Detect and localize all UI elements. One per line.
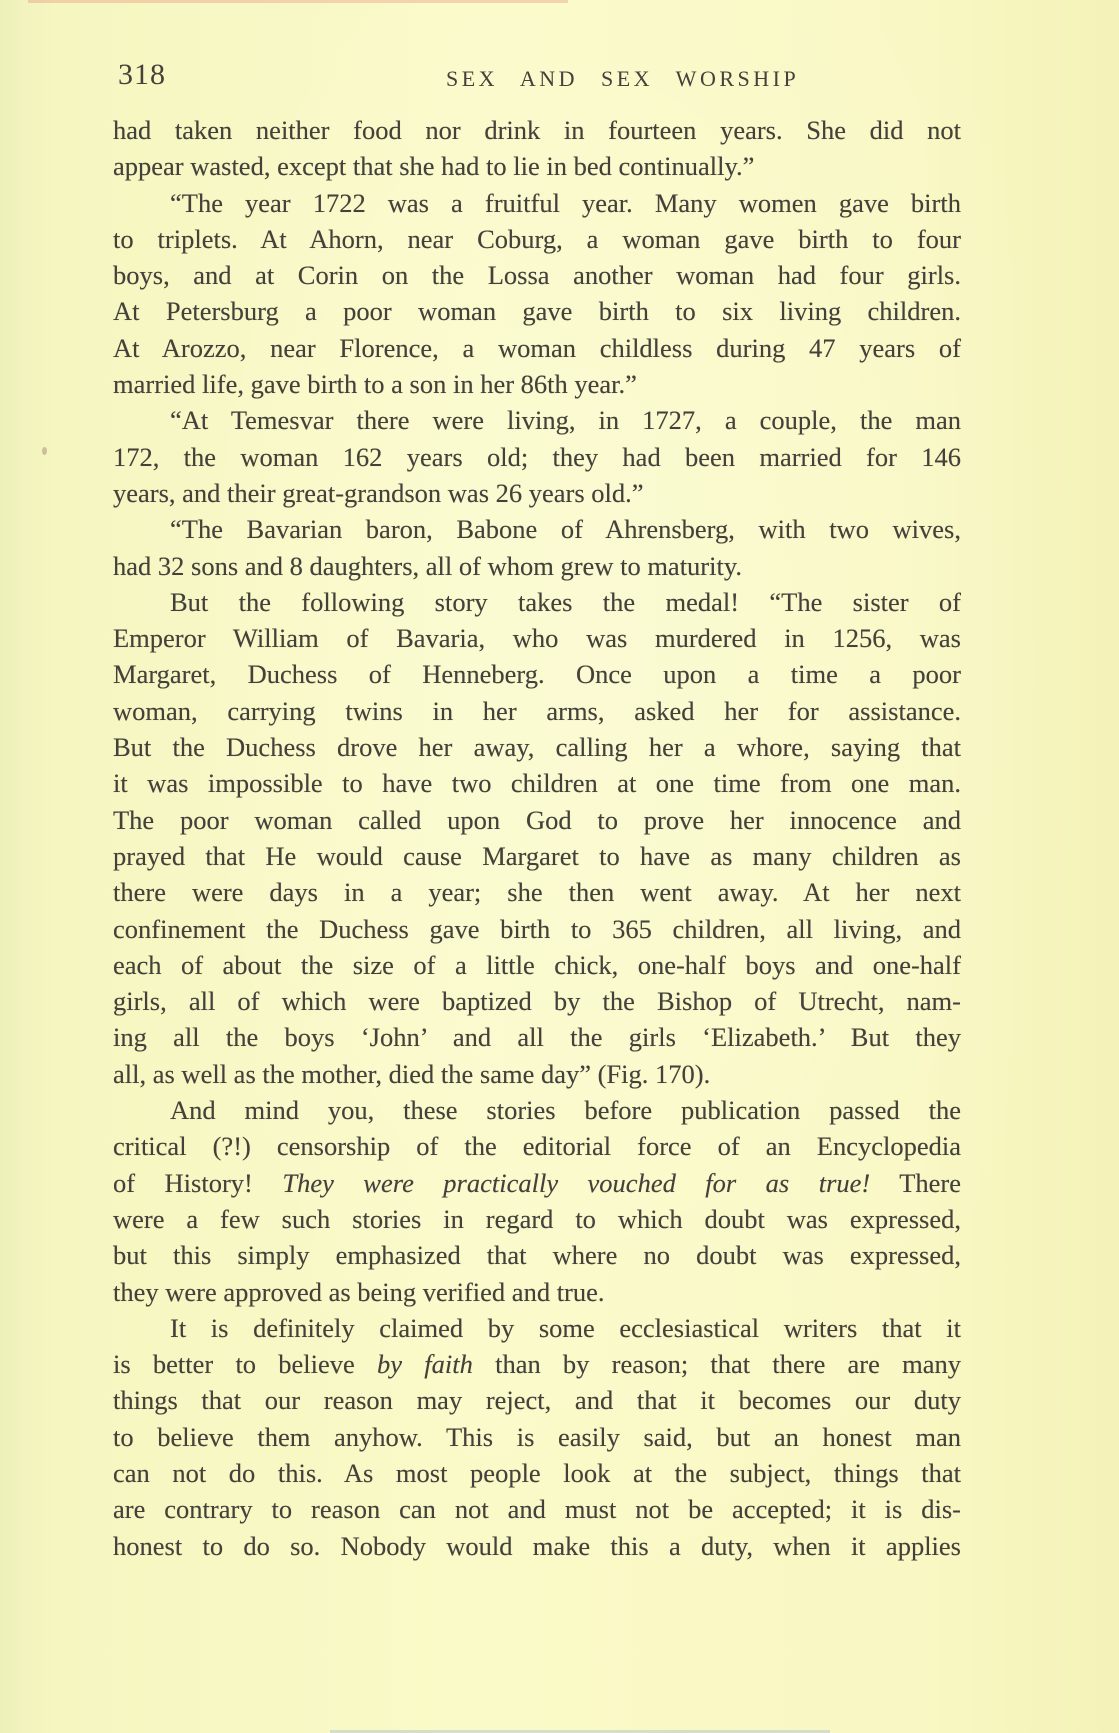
text-segment: can not do this. As most people look at …: [113, 1458, 961, 1488]
text-line: At Petersburg a poor woman gave birth to…: [113, 293, 961, 329]
text-segment: But the following story takes the medal!…: [170, 587, 961, 617]
text-segment: are contrary to reason can not and must …: [113, 1494, 961, 1524]
text-line: married life, gave birth to a son in her…: [113, 366, 961, 402]
text-line: it was impossible to have two children a…: [113, 765, 961, 801]
text-line: is better to believe by faith than by re…: [113, 1346, 961, 1382]
text-segment: girls, all of which were baptized by the…: [113, 986, 961, 1016]
text-line: there were days in a year; she then went…: [113, 874, 961, 910]
text-segment: 172, the woman 162 years old; they had b…: [113, 442, 961, 472]
text-segment: confinement the Duchess gave birth to 36…: [113, 914, 961, 944]
text-line: prayed that He would cause Margaret to h…: [113, 838, 961, 874]
text-line: to triplets. At Ahorn, near Coburg, a wo…: [113, 221, 961, 257]
text-line: And mind you, these stories before publi…: [113, 1092, 961, 1128]
paragraph: “At Temesvar there were living, in 1727,…: [113, 402, 961, 511]
text-segment: is better to believe: [113, 1349, 377, 1379]
text-segment: Emperor William of Bavaria, who was murd…: [113, 623, 961, 653]
text-segment: to believe them anyhow. This is easily s…: [113, 1422, 961, 1452]
text-line: But the Duchess drove her away, calling …: [113, 729, 961, 765]
paragraph: But the following story takes the medal!…: [113, 584, 961, 1092]
text-segment: it was impossible to have two children a…: [113, 768, 961, 798]
text-segment: “At Temesvar there were living, in 1727,…: [170, 405, 961, 435]
text-segment: than by reason; that there are many: [473, 1349, 961, 1379]
text-segment: each of about the size of a little chick…: [113, 950, 961, 980]
text-line: Emperor William of Bavaria, who was murd…: [113, 620, 961, 656]
text-line: all, as well as the mother, died the sam…: [113, 1056, 961, 1092]
text-line: to believe them anyhow. This is easily s…: [113, 1419, 961, 1455]
text-line: each of about the size of a little chick…: [113, 947, 961, 983]
text-segment: woman, carrying twins in her arms, asked…: [113, 696, 961, 726]
paragraph: It is definitely claimed by some ecclesi…: [113, 1310, 961, 1564]
text-line: girls, all of which were baptized by the…: [113, 983, 961, 1019]
text-segment: But the Duchess drove her away, calling …: [113, 732, 961, 762]
paragraph: had taken neither food nor drink in four…: [113, 112, 961, 185]
text-line: “The year 1722 was a fruitful year. Many…: [113, 185, 961, 221]
scan-artifact-top-edge: [28, 0, 568, 3]
text-segment: And mind you, these stories before publi…: [170, 1095, 961, 1125]
text-segment: appear wasted, except that she had to li…: [113, 151, 754, 181]
text-line: things that our reason may reject, and t…: [113, 1382, 961, 1418]
text-segment: to triplets. At Ahorn, near Coburg, a wo…: [113, 224, 961, 254]
paragraph: And mind you, these stories before publi…: [113, 1092, 961, 1310]
text-line: they were approved as being verified and…: [113, 1274, 961, 1310]
text-line: had taken neither food nor drink in four…: [113, 112, 961, 148]
text-line: At Arozzo, near Florence, a woman childl…: [113, 330, 961, 366]
text-segment: they were approved as being verified and…: [113, 1277, 605, 1307]
text-line: years, and their great-grandson was 26 y…: [113, 475, 961, 511]
text-segment: there were days in a year; she then went…: [113, 877, 961, 907]
text-segment: At Arozzo, near Florence, a woman childl…: [113, 333, 961, 363]
text-segment: all, as well as the mother, died the sam…: [113, 1059, 710, 1089]
text-line: ing all the boys ‘John’ and all the girl…: [113, 1019, 961, 1055]
text-line: confinement the Duchess gave birth to 36…: [113, 911, 961, 947]
text-line: “At Temesvar there were living, in 1727,…: [113, 402, 961, 438]
text-segment: years, and their great-grandson was 26 y…: [113, 478, 644, 508]
text-segment: At Petersburg a poor woman gave birth to…: [113, 296, 961, 326]
text-line: were a few such stories in regard to whi…: [113, 1201, 961, 1237]
text-segment: had taken neither food nor drink in four…: [113, 115, 961, 145]
text-line: but this simply emphasized that where no…: [113, 1237, 961, 1273]
text-line: are contrary to reason can not and must …: [113, 1491, 961, 1527]
text-line: honest to do so. Nobody would make this …: [113, 1528, 961, 1564]
book-page: 318 SEX AND SEX WORSHIP had taken neithe…: [0, 0, 1119, 1733]
text-segment: The poor woman called upon God to prove …: [113, 805, 961, 835]
italic-text-segment: They were practically vouched for as tru…: [282, 1168, 870, 1198]
text-segment: boys, and at Corin on the Lossa another …: [113, 260, 961, 290]
text-segment: of History!: [113, 1168, 282, 1198]
text-line: “The Bavarian baron, Babone of Ahrensber…: [113, 511, 961, 547]
text-segment: “The Bavarian baron, Babone of Ahrensber…: [170, 514, 961, 544]
text-block: had taken neither food nor drink in four…: [113, 112, 961, 1564]
text-segment: “The year 1722 was a fruitful year. Many…: [170, 188, 961, 218]
text-segment: had 32 sons and 8 daughters, all of whom…: [113, 551, 742, 581]
text-line: It is definitely claimed by some ecclesi…: [113, 1310, 961, 1346]
text-segment: married life, gave birth to a son in her…: [113, 369, 637, 399]
scan-speck: [42, 447, 47, 455]
text-line: of History! They were practically vouche…: [113, 1165, 961, 1201]
text-segment: but this simply emphasized that where no…: [113, 1240, 961, 1270]
text-segment: prayed that He would cause Margaret to h…: [113, 841, 961, 871]
text-segment: There: [870, 1168, 961, 1198]
text-line: boys, and at Corin on the Lossa another …: [113, 257, 961, 293]
text-line: can not do this. As most people look at …: [113, 1455, 961, 1491]
running-head: SEX AND SEX WORSHIP: [446, 66, 799, 92]
italic-text-segment: by faith: [377, 1349, 473, 1379]
text-line: had 32 sons and 8 daughters, all of whom…: [113, 548, 961, 584]
page-number: 318: [118, 58, 166, 92]
text-segment: ing all the boys ‘John’ and all the girl…: [113, 1022, 961, 1052]
paragraph: “The Bavarian baron, Babone of Ahrensber…: [113, 511, 961, 584]
text-line: The poor woman called upon God to prove …: [113, 802, 961, 838]
text-segment: critical (?!) censorship of the editoria…: [113, 1131, 961, 1161]
text-line: 172, the woman 162 years old; they had b…: [113, 439, 961, 475]
text-line: But the following story takes the medal!…: [113, 584, 961, 620]
text-segment: It is definitely claimed by some ecclesi…: [170, 1313, 961, 1343]
text-segment: were a few such stories in regard to whi…: [113, 1204, 961, 1234]
text-line: Margaret, Duchess of Henneberg. Once upo…: [113, 656, 961, 692]
text-segment: honest to do so. Nobody would make this …: [113, 1531, 961, 1561]
text-segment: things that our reason may reject, and t…: [113, 1385, 961, 1415]
paragraph: “The year 1722 was a fruitful year. Many…: [113, 185, 961, 403]
text-line: critical (?!) censorship of the editoria…: [113, 1128, 961, 1164]
text-line: appear wasted, except that she had to li…: [113, 148, 961, 184]
text-line: woman, carrying twins in her arms, asked…: [113, 693, 961, 729]
text-segment: Margaret, Duchess of Henneberg. Once upo…: [113, 659, 961, 689]
